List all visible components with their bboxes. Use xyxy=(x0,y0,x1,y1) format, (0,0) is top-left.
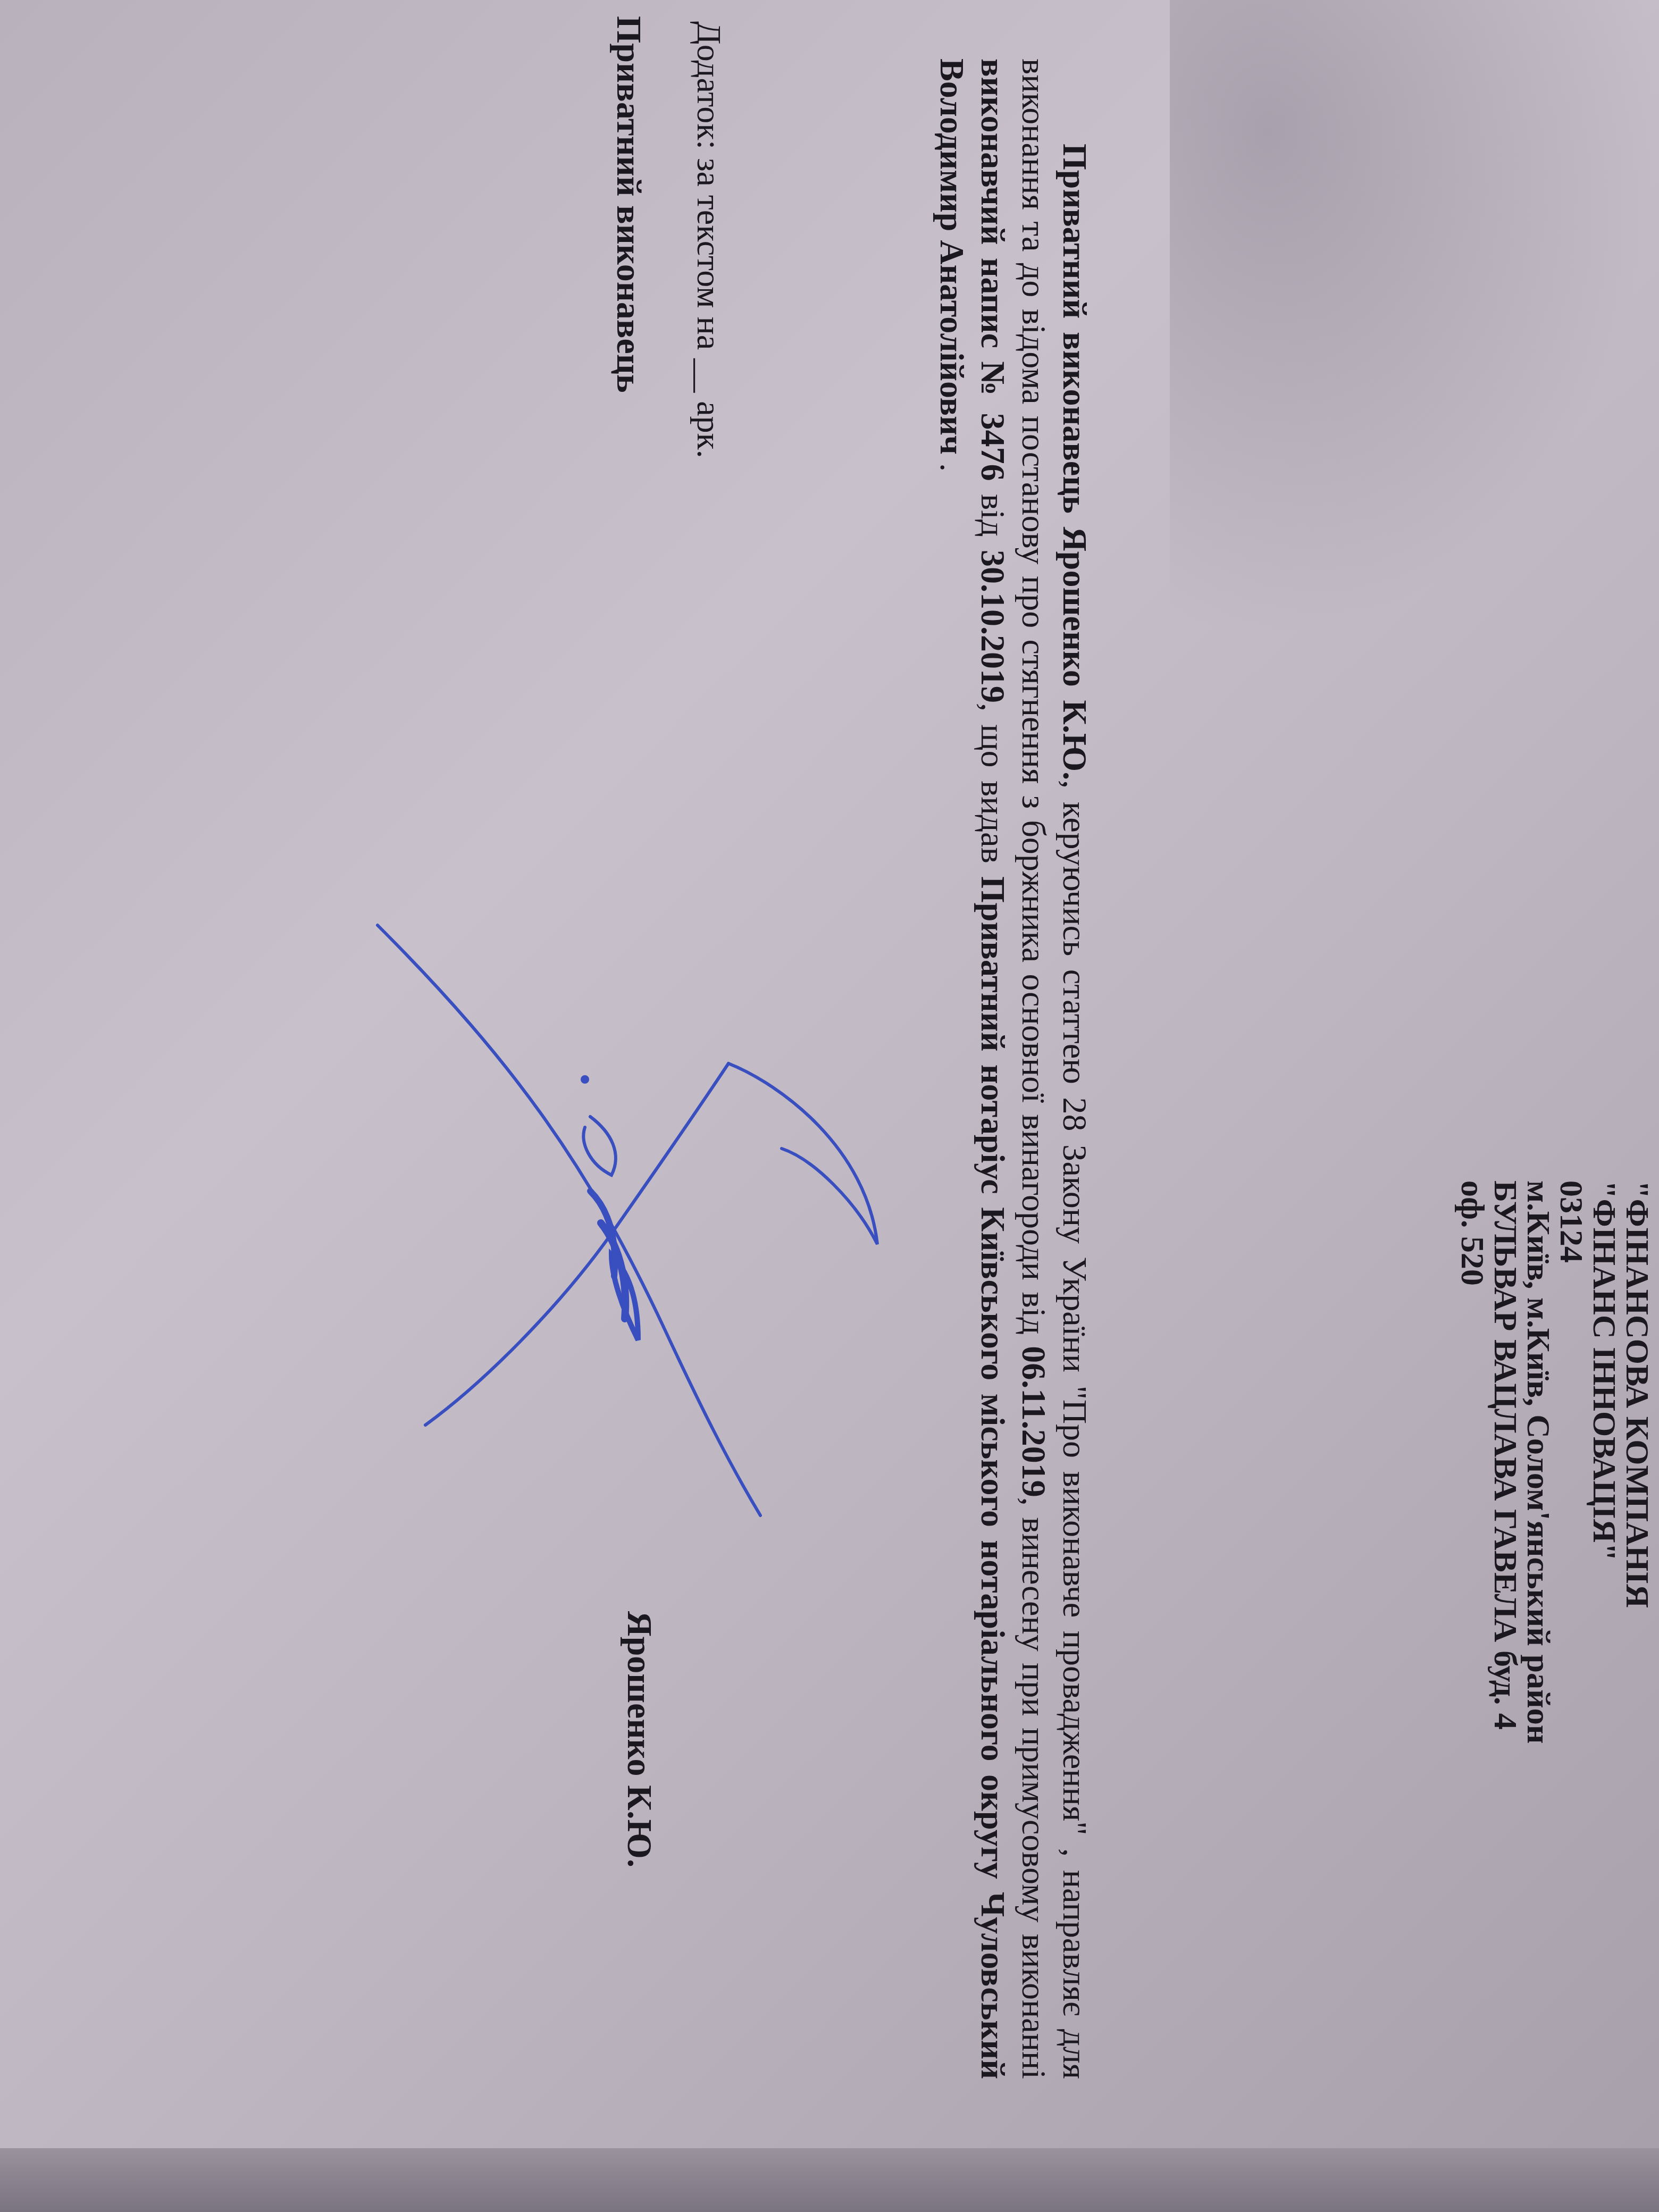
body-paragraph: Приватний виконавець Ярошенко К.Ю., керу… xyxy=(932,58,1095,2079)
document-page: "ФІНАНСОВА КОМПАНІЯ "ФІНАНС ІННОВАЦІЯ" 0… xyxy=(0,0,1659,2212)
executor-name: Приватний виконавець Ярошенко К.Ю. xyxy=(1056,144,1094,780)
signature-title: Приватний виконавець xyxy=(608,16,649,393)
address-line: м.Київ, м.Київ, Солом'янський район xyxy=(1522,1180,1555,1744)
address-line: "ФІНАНС ІННОВАЦІЯ" xyxy=(1588,1180,1621,1744)
appendix-note: Додаток: за текстом на __ арк. xyxy=(689,21,728,458)
address-line: "ФІНАНСОВА КОМПАНІЯ xyxy=(1621,1180,1654,1744)
address-line: БУЛЬВАР ВАЦЛАВА ГАВЕЛА буд. 4 xyxy=(1489,1180,1522,1744)
writ-number: виконавчий напис № 3476 xyxy=(974,58,1012,481)
writ-date: 30.10.2019 xyxy=(974,550,1012,703)
signature-name: Ярошенко К.Ю. xyxy=(619,1611,659,1867)
resolution-date: 06.11.2019 xyxy=(1015,1346,1053,1497)
address-line: оф. 520 xyxy=(1456,1180,1489,1744)
recipient-address: "ФІНАНСОВА КОМПАНІЯ "ФІНАНС ІННОВАЦІЯ" 0… xyxy=(1456,1180,1654,1744)
address-line: 03124 xyxy=(1555,1180,1588,1744)
handwritten-signature xyxy=(356,904,888,1542)
